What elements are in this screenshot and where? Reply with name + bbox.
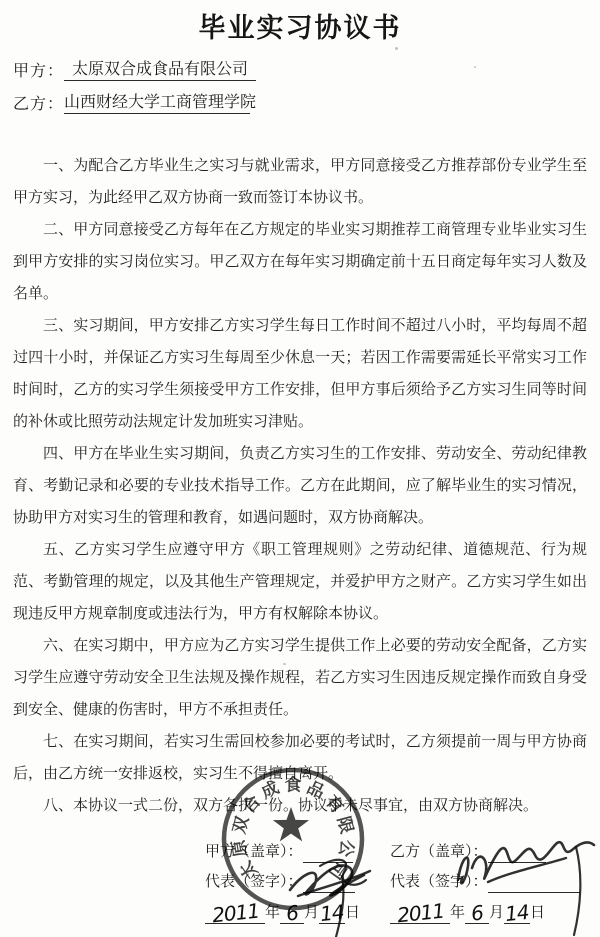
party-b-seal-row: 乙方（盖章）： xyxy=(390,841,580,871)
scan-speck xyxy=(474,66,476,68)
party-a-month-handwritten: 6 xyxy=(285,901,299,924)
party-b-day-handwritten: 14 xyxy=(504,901,530,925)
year-unit-a: 年 xyxy=(265,905,280,921)
party-b-label: 乙方： xyxy=(13,96,64,113)
scan-speck xyxy=(283,663,286,665)
party-a-date-row: 2011年6月14日 xyxy=(205,901,360,931)
month-unit-a: 月 xyxy=(304,905,319,921)
day-unit-b: 日 xyxy=(530,905,545,921)
clause-1: 一、为配合乙方毕业生之实习与就业需求，甲方同意接受乙方推荐部份专业学生至甲方实习… xyxy=(13,150,587,214)
party-b-rep-label: 代表（签字）： xyxy=(390,874,488,890)
party-a-seal-label: 甲方（盖章）： xyxy=(205,844,303,860)
clause-5: 五、乙方实习学生应遵守甲方《职工管理规则》之劳动纪律、道德规范、行为规范、考勤管… xyxy=(13,534,587,630)
party-a-name: 太原双合成食品有限公司 xyxy=(72,61,248,78)
clause-6: 六、在实习期中，甲方应为乙方实习学生提供工作上必要的劳动安全配备，乙方实习学生应… xyxy=(13,630,587,726)
party-b-seal-underline xyxy=(488,842,546,863)
party-a-seal-row: 甲方（盖章）： xyxy=(205,841,360,871)
party-b-seal-label: 乙方（盖章）： xyxy=(390,844,488,860)
scan-speck xyxy=(395,47,398,50)
clause-8: 八、本协议一式二份，双方各执一份。协议中未尽事宜，由双方协商解决。 xyxy=(13,790,587,822)
party-b-month-handwritten: 6 xyxy=(470,901,484,924)
year-unit-b: 年 xyxy=(450,905,465,921)
party-a-date-year-underline: 2011 xyxy=(205,901,265,924)
party-a-day-handwritten: 14 xyxy=(319,901,345,925)
month-unit-b: 月 xyxy=(489,905,504,921)
document-title: 毕业实习协议书 xyxy=(0,6,600,45)
party-a-row: 甲方：太原双合成食品有限公司 xyxy=(13,58,256,81)
agreement-document-page: 毕业实习协议书 甲方：太原双合成食品有限公司 乙方：山西财经大学工商管理学院 一… xyxy=(0,0,600,937)
party-a-rep-label: 代表（签字）： xyxy=(205,874,303,890)
party-a-sign-row: 代表（签字）： xyxy=(205,871,360,901)
party-a-date-month-underline: 6 xyxy=(280,901,304,924)
party-b-signature-block: 乙方（盖章）： 代表（签字）： 2011年6月14日 xyxy=(390,841,580,931)
party-a-date-day-underline: 14 xyxy=(319,901,345,924)
party-a-name-underline: 太原双合成食品有限公司 xyxy=(64,60,256,81)
party-b-date-month-underline: 6 xyxy=(465,901,489,924)
party-b-row: 乙方：山西财经大学工商管理学院 xyxy=(13,91,250,114)
party-b-date-year-underline: 2011 xyxy=(390,901,450,924)
party-a-seal-underline xyxy=(303,842,353,863)
party-a-label: 甲方： xyxy=(13,63,64,80)
clause-3: 三、实习期间，甲方安排乙方实习学生每日工作时间不超过八小时，平均每周不超过四十小… xyxy=(13,310,587,438)
party-a-signature-block: 甲方（盖章）： 代表（签字）： 2011年6月14日 xyxy=(205,841,360,931)
party-b-name-underline: 山西财经大学工商管理学院 xyxy=(64,93,250,114)
clauses-body: 一、为配合乙方毕业生之实习与就业需求，甲方同意接受乙方推荐部份专业学生至甲方实习… xyxy=(13,150,587,822)
party-b-year-handwritten: 2011 xyxy=(396,900,445,927)
clause-7: 七、在实习期间，若实习生需回校参加必要的考试时，乙方须提前一周与甲方协商后，由乙… xyxy=(13,726,587,790)
clause-4: 四、甲方在毕业生实习期间，负责乙方实习生的工作安排、劳动安全、劳动纪律教育、考勤… xyxy=(13,438,587,534)
party-b-date-row: 2011年6月14日 xyxy=(390,901,580,931)
day-unit-a: 日 xyxy=(345,905,360,921)
party-a-year-handwritten: 2011 xyxy=(211,900,260,927)
clause-2: 二、甲方同意接受乙方每年在乙方规定的毕业实习期推荐工商管理专业毕业实习生到甲方安… xyxy=(13,214,587,310)
party-a-sign-underline xyxy=(303,872,355,893)
party-b-name: 山西财经大学工商管理学院 xyxy=(64,94,256,111)
party-b-date-day-underline: 14 xyxy=(504,901,530,924)
party-b-sign-row: 代表（签字）： xyxy=(390,871,580,901)
party-b-sign-underline xyxy=(488,872,580,893)
